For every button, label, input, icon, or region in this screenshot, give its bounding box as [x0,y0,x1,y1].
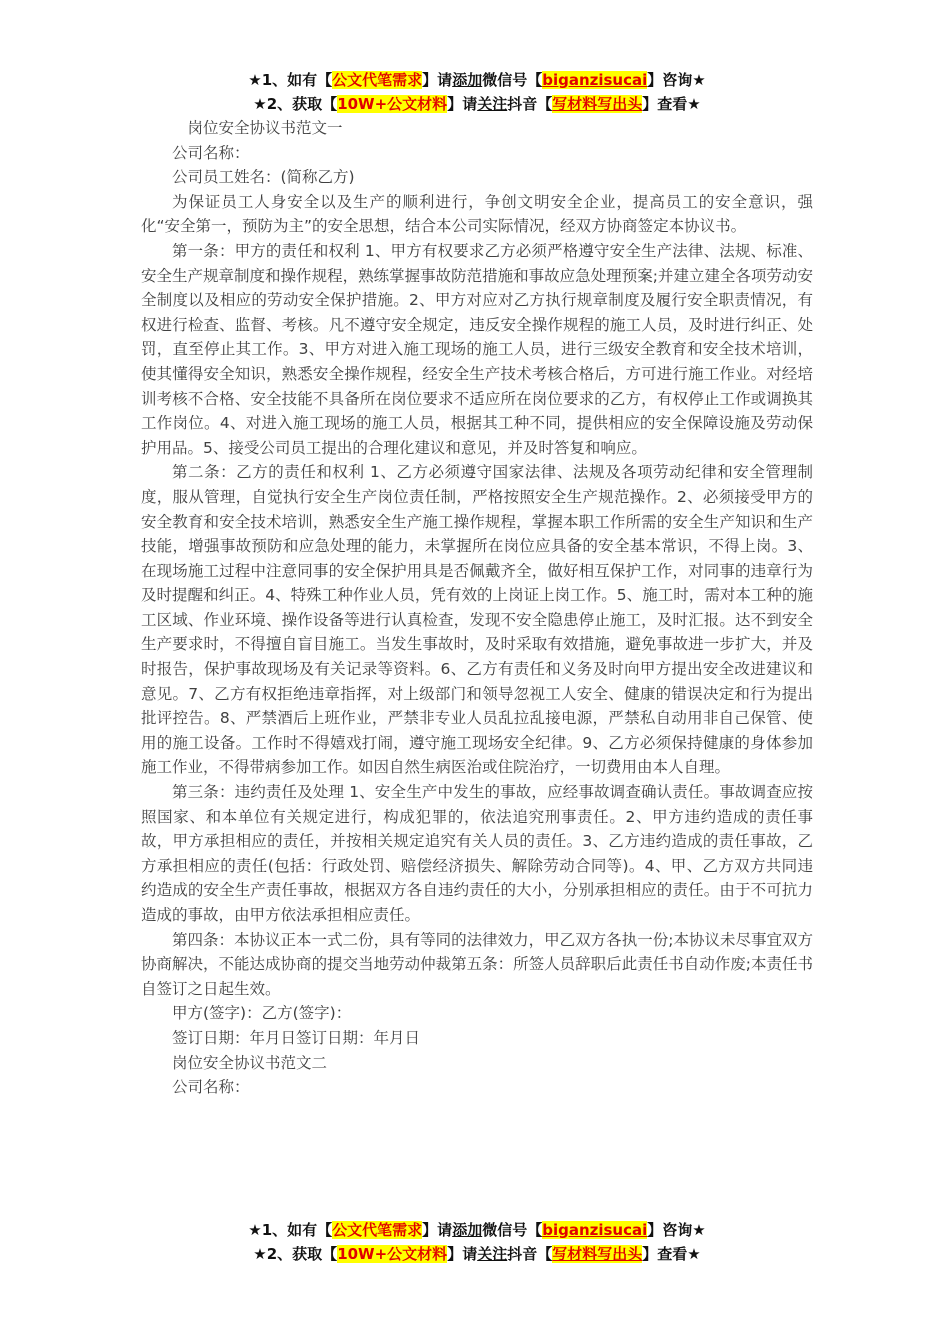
employee-name-field: 公司员工姓名：(简称乙方) [141,165,813,190]
promo-highlight: 10W+公文材料 [337,95,447,113]
date-line: 签订日期：年月日签订日期：年月日 [141,1026,813,1051]
preamble-paragraph: 为保证员工人身安全以及生产的顺利进行，争创文明安全企业，提高员工的安全意识，强化… [141,190,813,239]
promo-underlined-text: 添加 [452,71,482,89]
promo-header: ★1、如有【公文代笔需求】请添加微信号【biganzisucai】咨询★ ★2、… [141,68,813,116]
promo-text: ★1、如有【 [248,71,332,89]
promo-wechat-id: biganzisucai [542,71,647,89]
promo-text: 】查看★ [642,95,700,113]
promo-text: 抖音【 [507,95,552,113]
promo-text: 】请 [447,95,477,113]
article-3-paragraph: 第三条：违约责任及处理 1、安全生产中发生的事故，应经事故调查确认责任。事故调查… [141,780,813,928]
promo-highlight: 公文代笔需求 [332,71,422,89]
promo-highlight: 10W+公文材料 [337,1245,447,1263]
company-name-field-2: 公司名称： [141,1075,813,1100]
document-body: 岗位安全协议书范文一 公司名称： 公司员工姓名：(简称乙方) 为保证员工人身安全… [141,116,813,1100]
promo-douyin-account: 写材料写出头 [552,95,642,113]
promo-text: ★1、如有【 [248,1221,332,1239]
promo-underlined-text: 关注 [477,1245,507,1263]
article-1-paragraph: 第一条：甲方的责任和权利 1、甲方有权要求乙方必须严格遵守安全生产法律、法规、标… [141,239,813,460]
promo-line-2: ★2、获取【10W+公文材料】请关注抖音【写材料写出头】查看★ [141,92,813,116]
document-page: ★1、如有【公文代笔需求】请添加微信号【biganzisucai】咨询★ ★2、… [141,68,813,1100]
article-2-paragraph: 第二条：乙方的责任和权利 1、乙方必须遵守国家法律、法规及各项劳动纪律和安全管理… [141,460,813,780]
company-name-field: 公司名称： [141,141,813,166]
promo-footer: ★1、如有【公文代笔需求】请添加微信号【biganzisucai】咨询★ ★2、… [141,1218,813,1266]
promo-underlined-text: 关注 [477,95,507,113]
promo-douyin-account: 写材料写出头 [552,1245,642,1263]
promo-line-2: ★2、获取【10W+公文材料】请关注抖音【写材料写出头】查看★ [141,1242,813,1266]
promo-text: 微信号【 [482,71,542,89]
promo-text: 】请 [422,71,452,89]
promo-wechat-id: biganzisucai [542,1221,647,1239]
promo-text: ★2、获取【 [253,1245,337,1263]
promo-text: 】请 [447,1245,477,1263]
promo-text: 】咨询★ [647,71,705,89]
signature-line: 甲方(签字)：乙方(签字)： [141,1001,813,1026]
promo-text: 微信号【 [482,1221,542,1239]
document-title: 岗位安全协议书范文一 [141,116,813,141]
promo-underlined-text: 添加 [452,1221,482,1239]
promo-highlight: 公文代笔需求 [332,1221,422,1239]
promo-text: 抖音【 [507,1245,552,1263]
promo-text: 】请 [422,1221,452,1239]
article-4-paragraph: 第四条：本协议正本一式二份，具有等同的法律效力，甲乙双方各执一份;本协议未尽事宜… [141,928,813,1002]
promo-line-1: ★1、如有【公文代笔需求】请添加微信号【biganzisucai】咨询★ [141,1218,813,1242]
second-template-title: 岗位安全协议书范文二 [141,1051,813,1076]
promo-text: 】咨询★ [647,1221,705,1239]
promo-text: ★2、获取【 [253,95,337,113]
promo-line-1: ★1、如有【公文代笔需求】请添加微信号【biganzisucai】咨询★ [141,68,813,92]
promo-text: 】查看★ [642,1245,700,1263]
